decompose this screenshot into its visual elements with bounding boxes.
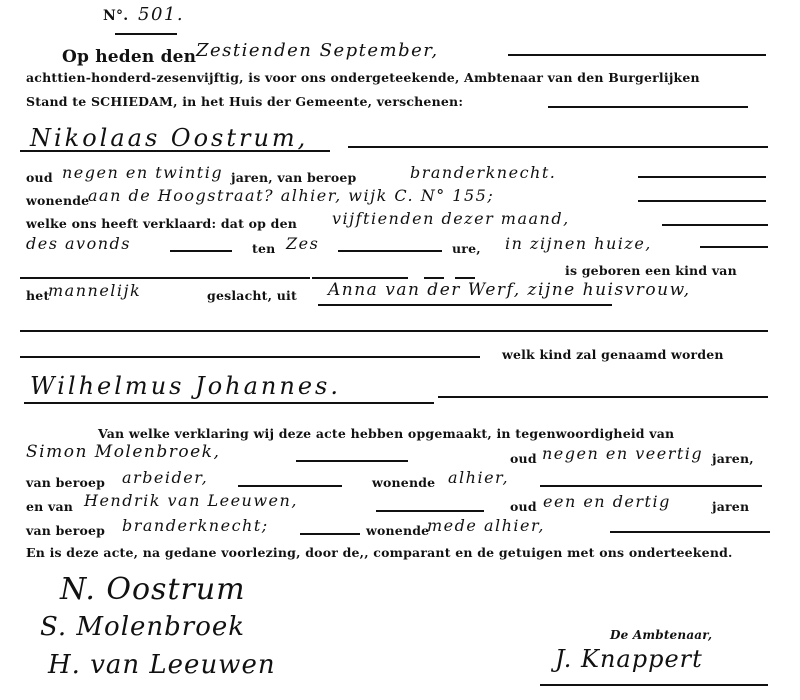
text-en-van: en van <box>26 499 73 514</box>
hw-witness2-residence: mede alhier, <box>427 516 545 535</box>
text-welk-kind: welk kind zal genaamd worden <box>502 347 724 362</box>
text-oud: oud <box>26 170 53 185</box>
fill-line <box>20 277 310 279</box>
fill-line <box>508 54 766 56</box>
text-ten: ten <box>252 241 275 256</box>
hw-sex: mannelijk <box>48 281 141 300</box>
text-jaren: jaren, <box>712 451 754 466</box>
fill-line <box>548 106 748 108</box>
fill-line <box>638 200 766 202</box>
text-oud: oud <box>510 451 537 466</box>
birth-certificate-document: N°. 501. Op heden den Zestienden Septemb… <box>0 0 800 700</box>
text-declared: welke ons heeft verklaard: dat op den <box>26 216 297 231</box>
hw-witness2-age: een en dertig <box>543 492 671 511</box>
hw-witness1-occupation: arbeider, <box>122 468 208 487</box>
hw-father-residence: aan de Hoogstraat? alhier, wijk C. N° 15… <box>88 186 494 205</box>
fill-line <box>455 277 475 279</box>
text-het: het <box>26 288 49 303</box>
text-jaren-van-beroep: jaren, van beroep <box>231 170 356 185</box>
hw-birth-date: vijftienden dezer maand, <box>332 209 570 228</box>
hw-birth-hour: Zes <box>286 234 319 253</box>
fill-line <box>638 176 766 178</box>
hw-father-occupation: branderknecht. <box>410 163 556 182</box>
hw-witness2-occupation: branderknecht; <box>122 516 269 535</box>
fill-line <box>24 402 434 404</box>
hw-mother-name: Anna van der Werf, zijne huisvrouw, <box>328 280 691 300</box>
fill-line <box>424 277 444 279</box>
fill-line <box>20 356 480 358</box>
fill-line <box>296 460 408 462</box>
fill-line <box>318 304 612 306</box>
fill-line <box>438 396 768 398</box>
text-ure: ure, <box>452 241 481 256</box>
text-is-geboren: is geboren een kind van <box>565 263 737 278</box>
signature-official: J. Knappert <box>555 645 703 673</box>
certificate-number-label: N°. <box>103 8 128 24</box>
fill-line <box>376 510 484 512</box>
signature-witness1: S. Molenbroek <box>40 612 245 642</box>
text-op-heden-den: Op heden den <box>62 47 196 67</box>
fill-line <box>662 224 768 226</box>
fill-line <box>300 533 360 535</box>
fill-line <box>170 250 232 252</box>
hw-child-name: Wilhelmus Johannes. <box>30 372 341 400</box>
fill-line <box>700 246 768 248</box>
hw-witness2-name: Hendrik van Leeuwen, <box>84 491 298 510</box>
hw-birth-place: in zijnen huize, <box>505 234 652 253</box>
hw-time-of-day: des avonds <box>26 234 131 253</box>
fill-line <box>312 277 408 279</box>
signature-underline <box>540 684 768 686</box>
text-closing: En is deze acte, na gedane voorlezing, d… <box>26 545 733 560</box>
text-wonende: wonende <box>372 475 435 490</box>
text-jaren: jaren <box>712 499 749 514</box>
hw-father-name: Nikolaas Oostrum, <box>30 124 308 152</box>
fill-line <box>540 485 762 487</box>
text-geslacht-uit: geslacht, uit <box>207 288 297 303</box>
text-wonende: wonende <box>26 193 89 208</box>
hw-witness1-residence: alhier, <box>448 468 509 487</box>
official-label: De Ambtenaar, <box>610 628 712 642</box>
hw-witness1-age: negen en veertig <box>542 444 703 463</box>
text-van-beroep: van beroep <box>26 475 105 490</box>
text-oud: oud <box>510 499 537 514</box>
text-fragment: Op heden den <box>62 47 196 67</box>
text-line-3: Stand te SCHIEDAM, in het Huis der Gemee… <box>26 94 463 109</box>
fill-line <box>348 146 768 148</box>
divider <box>115 33 177 35</box>
certificate-number: 501. <box>138 4 184 25</box>
hw-father-age: negen en twintig <box>62 163 223 182</box>
signature-witness2: H. van Leeuwen <box>48 650 276 680</box>
text-line-2: achttien-honderd-zesenvijftig, is voor o… <box>26 70 700 85</box>
fill-line <box>390 330 768 332</box>
fill-line <box>338 250 442 252</box>
signature-father: N. Oostrum <box>60 572 246 607</box>
fill-line <box>238 485 342 487</box>
text-van-beroep: van beroep <box>26 523 105 538</box>
text-wonende: wonende <box>366 523 429 538</box>
fill-line <box>20 150 330 152</box>
hw-date-day: Zestienden September, <box>196 40 439 61</box>
hw-witness1-name: Simon Molenbroek, <box>26 442 220 462</box>
text-van-welke: Van welke verklaring wij deze acte hebbe… <box>98 426 674 441</box>
fill-line <box>610 531 770 533</box>
